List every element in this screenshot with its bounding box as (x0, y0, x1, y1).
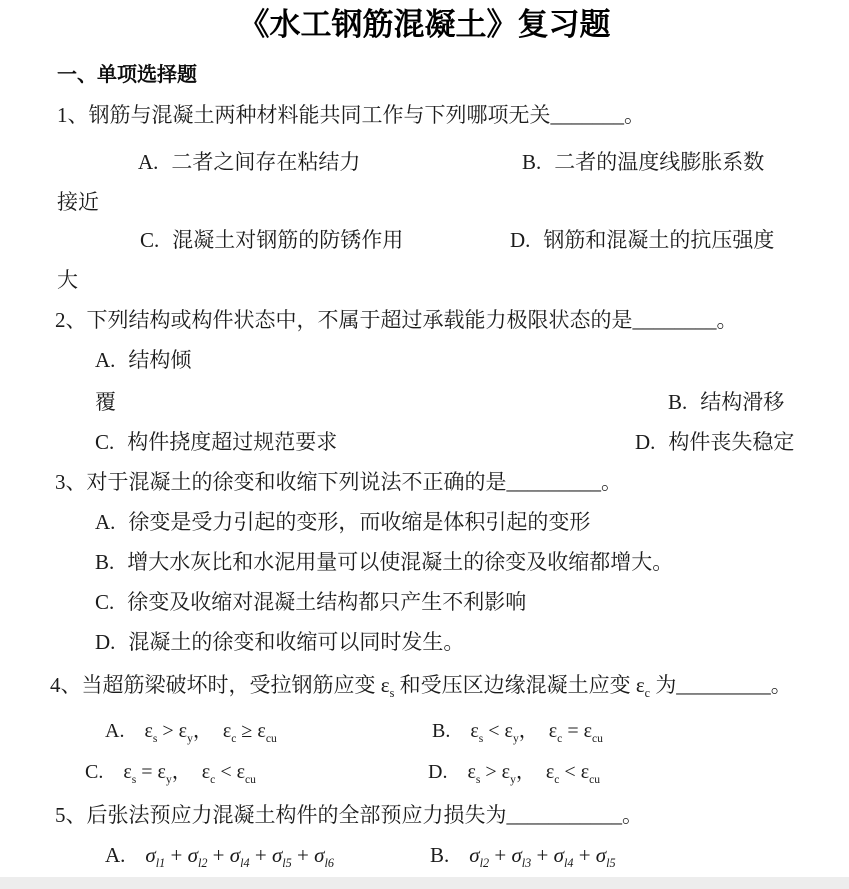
section-heading: 一、单项选择题 (57, 60, 197, 90)
q3-option-d: D.混凝土的徐变和收缩可以同时发生。 (95, 627, 464, 657)
option-text: 二者的温度线膨胀系数 (554, 150, 764, 174)
q1-option-a: A.二者之间存在粘结力 (138, 147, 360, 177)
option-text: 混凝土对钢筋的防锈作用 (172, 228, 403, 252)
q2-option-c: C.构件挠度超过规范要求 (95, 427, 337, 457)
q2-option-b: B.结构滑移 (668, 387, 784, 417)
option-label: C. (140, 228, 159, 252)
option-label: B. (522, 150, 541, 174)
option-label: D. (428, 761, 447, 783)
option-formula: εs > εy， εc < εcu (467, 761, 600, 783)
q3-option-c: C.徐变及收缩对混凝土结构都只产生不利影响 (95, 587, 526, 617)
option-text: 构件挠度超过规范要求 (127, 430, 337, 454)
option-text: 构件丧失稳定 (668, 430, 794, 454)
option-text: 结构滑移 (700, 390, 784, 414)
q3-stem: 3、对于混凝土的徐变和收缩下列说法不正确的是_________。 (55, 467, 622, 497)
option-label: B. (95, 550, 114, 574)
q1-option-d: D.钢筋和混凝土的抗压强度 (510, 225, 774, 255)
option-label: A. (95, 348, 115, 372)
option-text: 徐变是受力引起的变形，而收缩是体积引起的变形 (128, 510, 590, 534)
option-label: C. (95, 430, 114, 454)
q1-option-d-cont: 大 (57, 265, 78, 295)
q2-option-d: D.构件丧失稳定 (635, 427, 794, 457)
option-label: B. (668, 390, 687, 414)
option-text: 增大水灰比和水泥用量可以使混凝土的徐变及收缩都增大。 (127, 550, 673, 574)
option-label: D. (635, 430, 655, 454)
option-label: C. (95, 590, 114, 614)
option-formula: εs > εy， εc ≥ εcu (144, 720, 276, 742)
option-label: B. (430, 843, 449, 867)
q2-option-a-cont: 覆 (95, 387, 116, 417)
q4-option-b: B.εs < εy， εc = εcu (432, 716, 603, 746)
option-text: 结构倾 (128, 348, 191, 372)
option-formula: σl2 + σl3 + σl4 + σl5 (469, 843, 615, 867)
q3-option-a: A.徐变是受力引起的变形，而收缩是体积引起的变形 (95, 507, 590, 537)
q2-stem: 2、下列结构或构件状态中，不属于超过承载能力极限状态的是________。 (55, 305, 738, 335)
q4-option-c: C.εs = εy， εc < εcu (85, 757, 256, 787)
option-text: 混凝土的徐变和收缩可以同时发生。 (128, 630, 464, 654)
q5-option-a: A.σl1 + σl2 + σl4 + σl5 + σl6 (105, 840, 334, 870)
option-text: 二者之间存在粘结力 (171, 150, 360, 174)
option-formula: σl1 + σl2 + σl4 + σl5 + σl6 (145, 843, 334, 867)
q1-option-b: B.二者的温度线膨胀系数 (522, 147, 764, 177)
option-label: C. (85, 761, 103, 783)
option-label: D. (95, 630, 115, 654)
document-page: 《水工钢筋混凝土》复习题 一、单项选择题 1、钢筋与混凝土两种材料能共同工作与下… (0, 0, 849, 889)
q4-option-d: D.εs > εy， εc < εcu (428, 757, 600, 787)
option-label: A. (95, 510, 115, 534)
q4-stem: 4、当超筋梁破坏时，受拉钢筋应变 εs 和受压区边缘混凝土应变 εc 为____… (50, 670, 792, 700)
q1-option-c: C.混凝土对钢筋的防锈作用 (140, 225, 403, 255)
option-label: B. (432, 720, 450, 742)
doc-title: 《水工钢筋混凝土》复习题 (0, 4, 849, 46)
option-label: A. (105, 843, 125, 867)
q5-option-b: B.σl2 + σl3 + σl4 + σl5 (430, 840, 616, 870)
q5-stem: 5、后张法预应力混凝土构件的全部预应力损失为___________。 (55, 800, 643, 830)
page-bottom-edge (0, 877, 849, 889)
option-label: D. (510, 228, 530, 252)
q3-option-b: B.增大水灰比和水泥用量可以使混凝土的徐变及收缩都增大。 (95, 547, 673, 577)
option-formula: εs < εy， εc = εcu (470, 720, 603, 742)
option-text: 钢筋和混凝土的抗压强度 (543, 228, 774, 252)
q1-stem: 1、钢筋与混凝土两种材料能共同工作与下列哪项无关_______。 (57, 100, 645, 130)
q2-option-a: A.结构倾 (95, 345, 191, 375)
q4-option-a: A.εs > εy， εc ≥ εcu (105, 716, 277, 746)
option-formula: εs = εy， εc < εcu (123, 761, 256, 783)
option-label: A. (105, 720, 124, 742)
option-label: A. (138, 150, 158, 174)
option-text: 徐变及收缩对混凝土结构都只产生不利影响 (127, 590, 526, 614)
q1-option-b-cont: 接近 (57, 187, 99, 217)
